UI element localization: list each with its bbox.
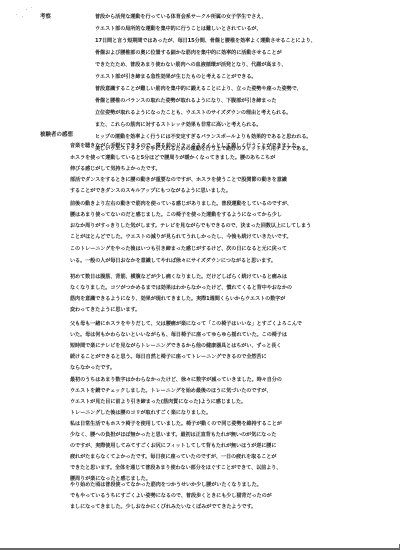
impression-line: 腰はあまり使ってないのだと感じました。この椅子を使った運動をするようになってから…: [70, 212, 282, 219]
impression-line: ことがほとんどでした。ウエストの減りが見られてうれしかったし、今後も続けていきた…: [70, 234, 292, 241]
discussion-line: 骨盤および腰椎部の奥に位置する細かな筋肉を集中的に効率的に活動させることが: [95, 50, 282, 57]
impression-line: このトレーニングをやった後はいつも引き締まった感じがするけど、次の日になると元に…: [70, 246, 287, 253]
impression-line: のですが、実際使用してみてすごくお尻にフィットしてして背もたれが無いほうが逆に腰…: [70, 443, 276, 450]
discussion-line: また、これらの筋肉に対するストレッチ効果も非常に高いと考えられる。: [95, 122, 261, 129]
discussion-line: ウエスト部の局所的な運動を集中的に行うことは難しいとされているが、: [95, 26, 261, 33]
impression-line: でもやっているうちにすごくよい姿勢になるので、普段歩くときにも少し猫背だったのが: [70, 493, 272, 500]
impression-line: おなか周りがすっきりした気がします。テレビを見ながらでもできるので、決まった回数…: [70, 223, 311, 230]
impression-line: 変わってきたように思います。: [70, 307, 140, 314]
impression-line: 少なく、腰への負担がほぼ無かったと思います。最初は正直背もたれが無いのが気になっ…: [70, 432, 276, 439]
impression-line: 私は日常生活でもホスラ椅子を使用していました。椅子が動くので同じ姿勢を維持するこ…: [70, 421, 282, 428]
discussion-heading: 考察: [40, 14, 51, 21]
impression-line: 続けることができると思う。毎日自然と椅子に座ってトレーニングできるので全然苦に: [70, 354, 267, 361]
impression-line: トレーニングした後は腰のコリが取れすごく楽になりました。: [70, 410, 211, 417]
discussion-line: ウエスト部が引き締まる急性効果が生じたものと考えることができる。: [95, 74, 256, 81]
impression-line: 最初のうちはあまり数字はかわらなかったけど、徐々に数字が減っていきました。時々自…: [70, 377, 282, 384]
impression-line: 父も母も一緒にホスラをやりだして、父は腰痛が楽になって「この椅子はいいな」とすご…: [70, 321, 302, 328]
impression-line: することができダンスのスキルアップにもつながるように思いました。: [70, 188, 231, 195]
discussion-line: 普段意識することが難しい筋肉を集中的に鍛えることにより、立った姿勢や座った姿勢で…: [95, 86, 302, 93]
discussion-line: ヒップの運動を効率よく行うには不安定すぎるバランスボールよりも効果的であると思わ…: [95, 134, 311, 141]
impression-line: 短時間で楽にテレビを見ながらトレーニングできるから他の健康器具とはちがい、ずっと…: [70, 343, 281, 350]
impression-line: できたと思います。全体を通じて普段あまり使わない部分をほぐすことができて、以前よ…: [70, 465, 281, 472]
impression-line: やり始めた頃は普段使ってなかった筋肉をつかうせいか少し腰がいたくなりました。: [70, 482, 262, 489]
impression-line: 前後の動きより左右の動きで筋肉を使っている感じがありました。普段運動をしているの…: [70, 201, 292, 208]
discussion-line: 立位姿勢が取れるようになったことも、ウエストのサイズダウンの理由と考えられる。: [95, 110, 291, 117]
impression-line: ましになってきました。少しおなかにくびれみたいなくぼみがでてきたようです。: [70, 504, 256, 511]
discussion-line: 17日間と言う短期間ではあったが、毎日15分間、骨盤と腰椎を効率よく運動させるこ…: [95, 38, 316, 45]
impression-line: ならなかったです。: [70, 365, 115, 372]
impression-line: 疲れがたまらなくてよかったです。毎日夜に座っていたのですが、一日の疲れを取ること…: [70, 454, 276, 461]
discussion-line: 普段から活発な運動を行っている体育会系サークル所属の女子学生でさえ、: [95, 14, 267, 21]
discussion-line: 骨盤と腰椎のバランスの取れた姿勢が取れるようになり、下腹部が引き締まった: [95, 98, 276, 105]
impression-line: 初めて数日は腹筋、背筋、横腹などが少し痛くなりました。だけどしばらく続けていると…: [70, 274, 287, 281]
impression-line: ウエストを鏡でチェックしました。トレーニングを始め最後のほうに気づいたのですが、: [70, 388, 272, 395]
impression-line: ウエストが見た目に前より引き締まった(筋肉質になった)ように感じました。: [70, 399, 246, 406]
impression-line: 部活でダンスをするときに腰の動きが重要なのですが、ホスラを使うことで股関節の動き…: [70, 177, 287, 184]
discussion-line: できたたため、普段あまり使わない筋肉への血液循環が活発となり、代謝が高まり、: [95, 62, 286, 69]
impression-line: 筋肉を意識できるようになり、効果が現れてきました。実際1週間くらいからウエストの…: [70, 296, 285, 303]
scanned-document-page: 考察 普段から活発な運動を行っている体育会系サークル所属の女子学生でさえ、 ウエ…: [0, 0, 400, 550]
impression-line: なくなりました。コツがつかめるまでは効果はわからなかったけど、慣れてくると背中や…: [70, 285, 292, 292]
impression-line: いる。一般の人が毎日おなかを意識してやれば徐々にサイズダウンにつながると思います…: [70, 258, 276, 265]
impression-line: 音楽を聴きながら手軽にできるので、寝る前のリラックスタイムとして楽しく行うことが…: [70, 143, 302, 150]
impression-line: いた。母は何もかわらないといいながらも、毎日椅子に座ってゆらゆら揺れていた。この…: [70, 332, 287, 339]
impression-line: 伸びる感じがして気持ちよかったです。: [70, 166, 160, 173]
impressions-heading: 被験者の感想: [40, 132, 73, 139]
impression-line: ホスラを使って運動していると5分ほどで腰周りが暖かくなってきました。腰のあちこち…: [70, 155, 275, 162]
